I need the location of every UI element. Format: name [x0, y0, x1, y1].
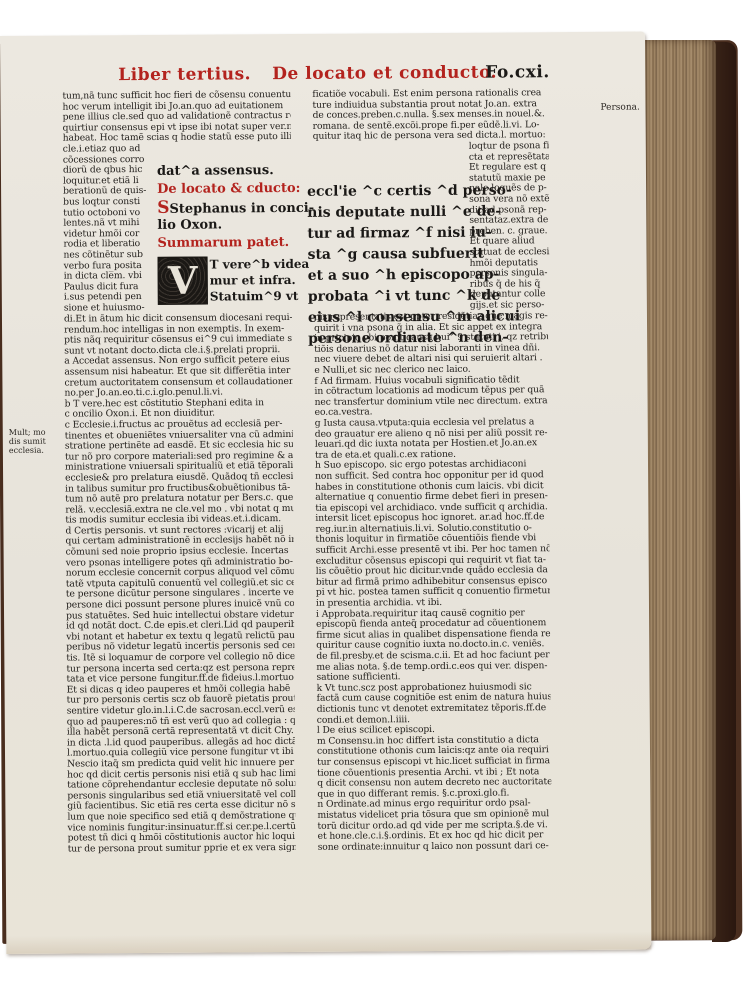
rubric-oxon: lio Oxon.	[157, 216, 222, 234]
rubric-de-locato: De locato & cducto:	[157, 180, 300, 199]
margin-note-persona: Persona.	[600, 104, 639, 113]
left-column-narrow: cle.i.etiaz quo ad cõcessiones corro dio…	[63, 144, 150, 314]
right-column-commentary: nis representatis est ppter residẽtiaz q…	[314, 311, 552, 853]
rubric-summarum: Summarum patet.	[157, 234, 289, 253]
running-head-title: De locato et conducto.	[272, 63, 497, 85]
book-photograph: Liber tertius. De locato et conducto. Fo…	[0, 0, 756, 1000]
running-head-book: Liber tertius.	[118, 64, 251, 85]
rubric-stephanus: SStephanus in conci-	[157, 198, 314, 219]
text-dat-assensus: dat^a assensus.	[157, 162, 274, 181]
left-column-commentary: di.Et in ãtum hic dicit consensum dioces…	[64, 313, 296, 855]
recto-page: Liber tertius. De locato et conducto. Fo…	[0, 31, 651, 953]
right-column-narrow: loqtur de psona fi cta et represẽtata Et…	[469, 141, 550, 311]
woodcut-initial-v: V	[158, 257, 208, 305]
folio-number: Fo.cxi.	[485, 62, 550, 82]
left-column-top: tum,nã tunc sufficit hoc fieri de cõsens…	[62, 90, 290, 145]
right-column-top: ficatiõe vocabuli. Est enim persona rati…	[312, 88, 544, 143]
margin-note-ecclesia: Mult; mo dis sumit ecclesia.	[9, 428, 46, 455]
text-after-initial: T vere^b videa mur et infra. Statuim^9 v…	[210, 256, 310, 305]
